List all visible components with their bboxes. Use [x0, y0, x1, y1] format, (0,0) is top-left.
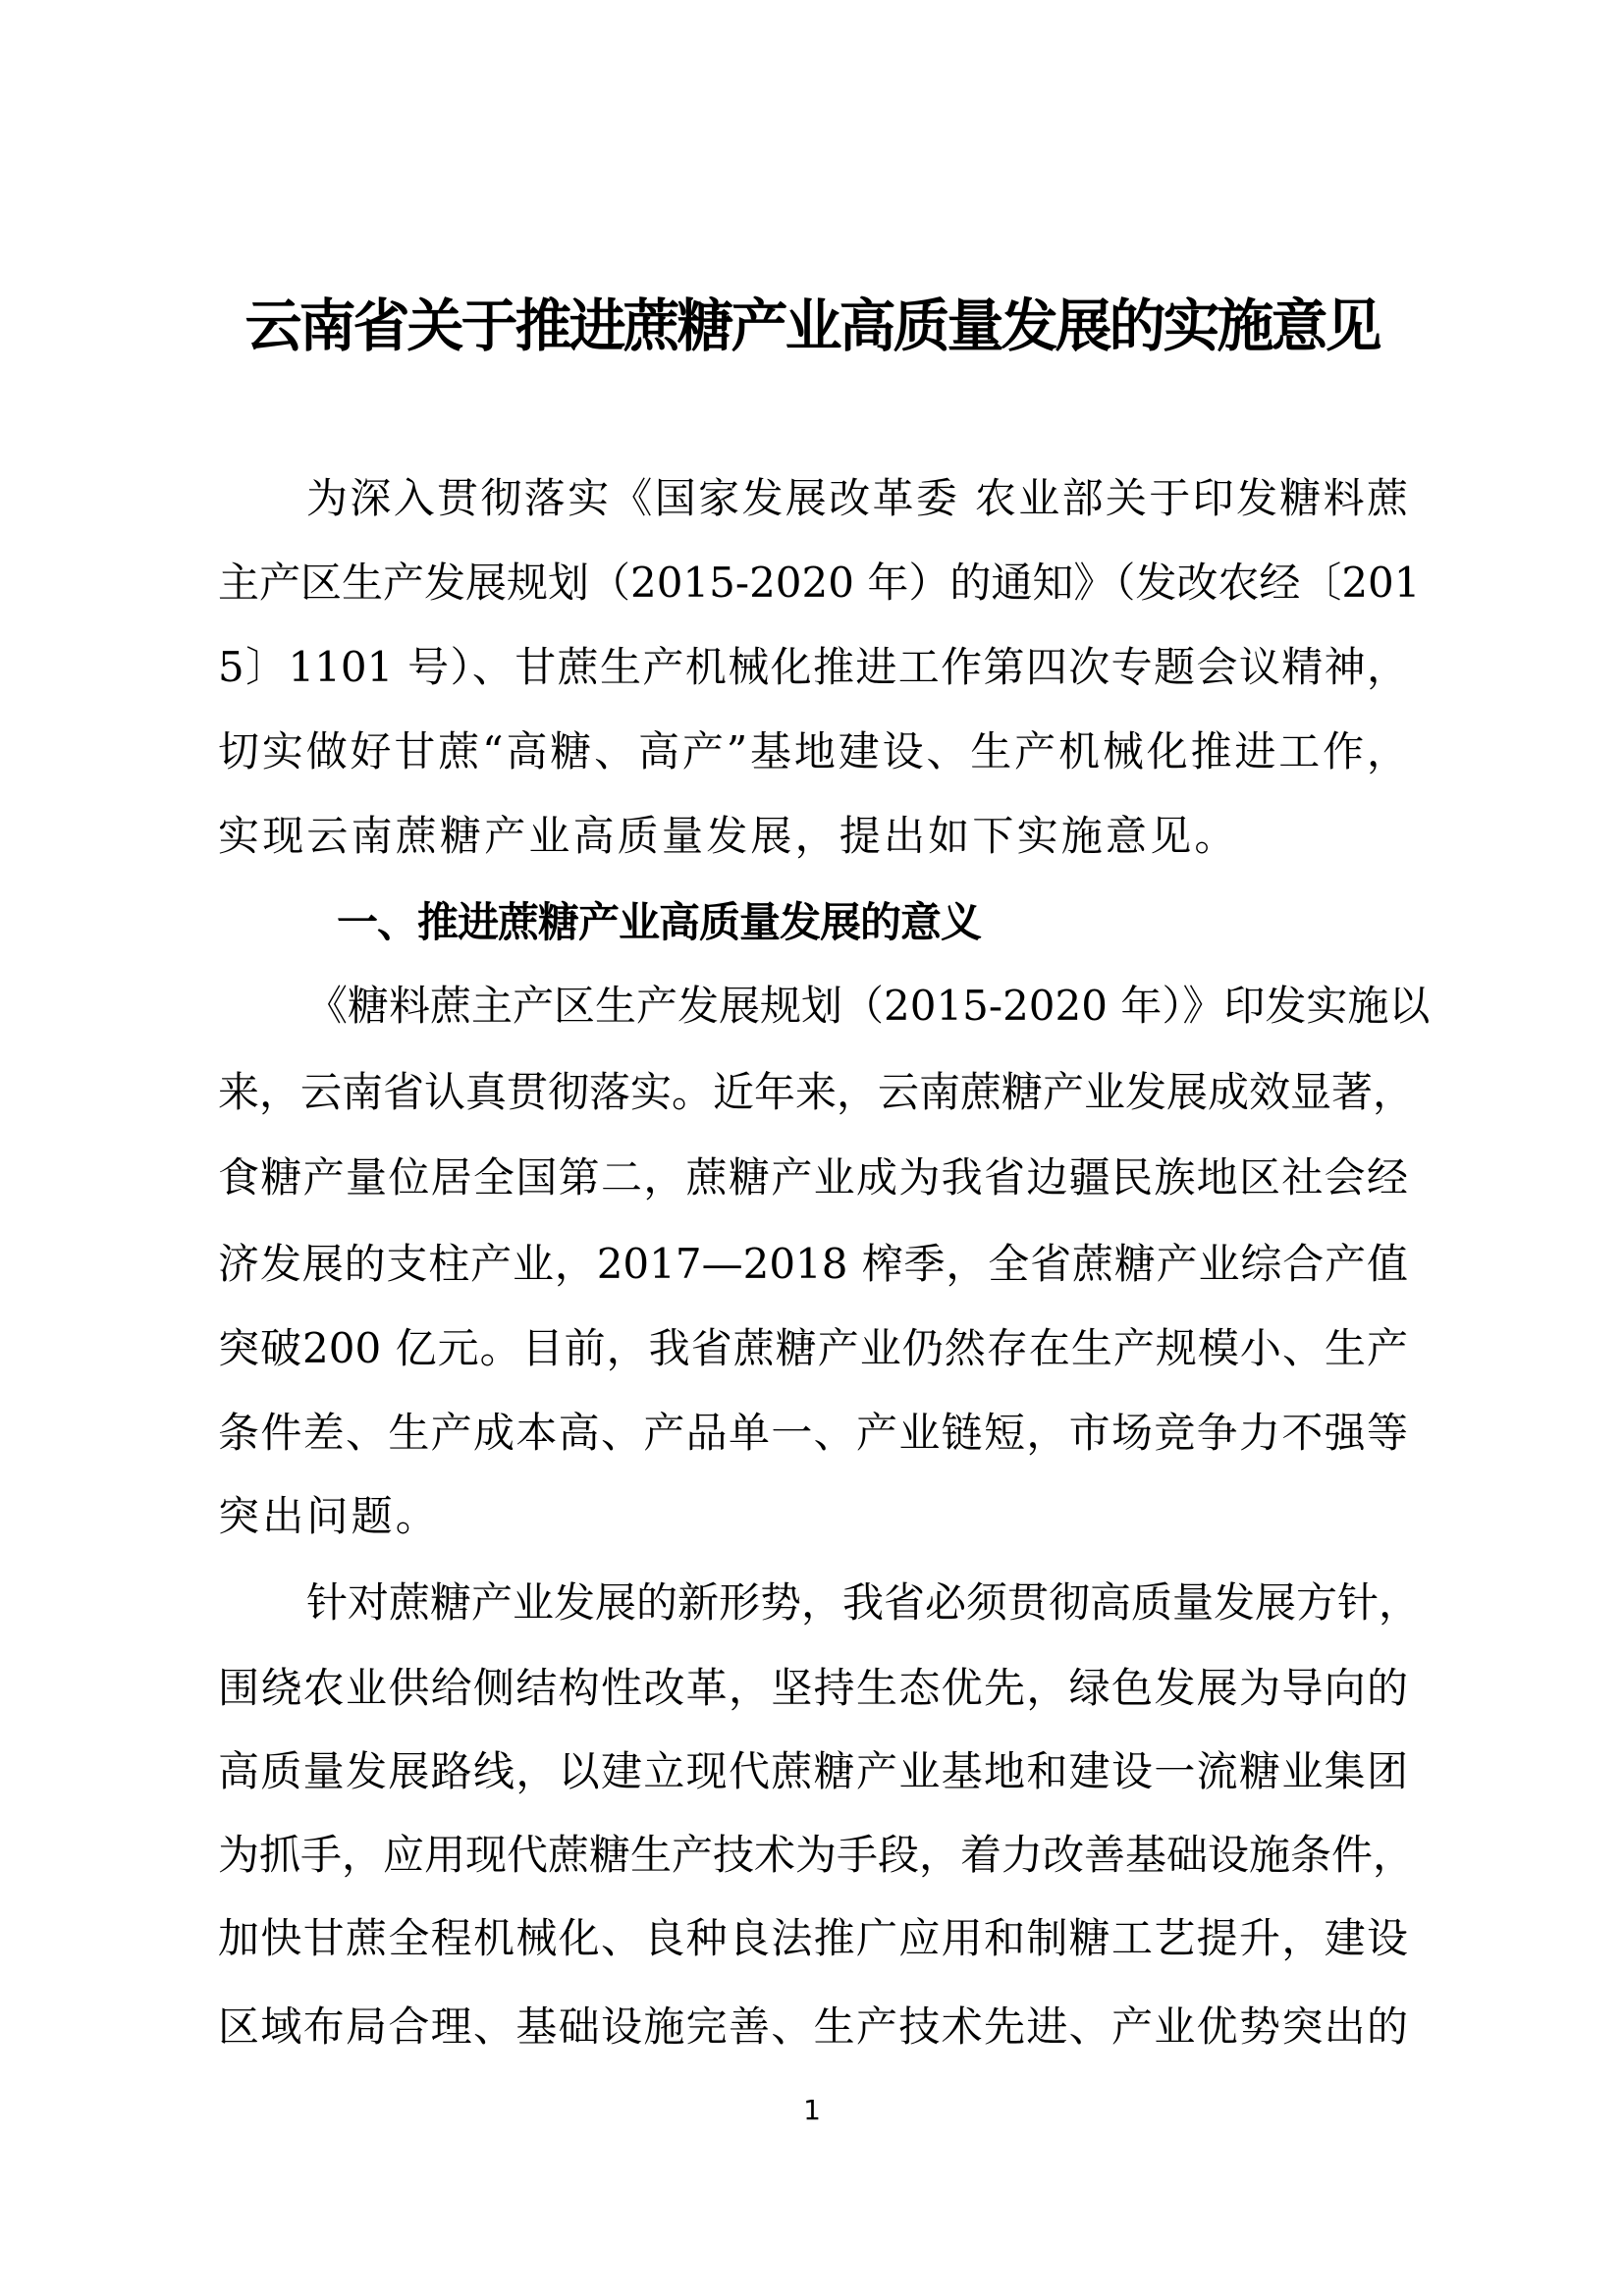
paragraph-2-line-3: 食糖产量位居全国第二，蔗糖产业成为我省边疆民族地区社会经: [218, 1148, 1408, 1207]
paragraph-2-line-6: 条件差、生产成本高、产品单一、产业链短，市场竞争力不强等: [218, 1404, 1408, 1463]
paragraph-3-line-2: 围绕农业供给侧结构性改革，坚持生态优先，绿色发展为导向的: [218, 1659, 1408, 1718]
paragraph-1-line-3: 5〕1101 号）、甘蔗生产机械化推进工作第四次专题会议精神，: [218, 638, 1408, 697]
document-page: 云南省关于推进蔗糖产业高质量发展的实施意见 为深入贯彻落实《国家发展改革委 农业…: [0, 0, 1624, 2296]
paragraph-3-line-1: 针对蔗糖产业发展的新形势，我省必须贯彻高质量发展方针，: [306, 1574, 1408, 1632]
paragraph-3-line-5: 加快甘蔗全程机械化、良种良法推广应用和制糖工艺提升，建设: [218, 1909, 1408, 1968]
paragraph-2-line-1: 《糖料蔗主产区生产发展规划（2015-2020 年）》印发实施以: [306, 977, 1408, 1036]
paragraph-2-line-2: 来，云南省认真贯彻落实。近年来，云南蔗糖产业发展成效显著，: [218, 1063, 1408, 1122]
page-number: 1: [0, 2093, 1624, 2128]
paragraph-1-line-2: 主产区生产发展规划（2015-2020 年）的通知》（发改农经〔201: [218, 554, 1408, 613]
paragraph-3-line-3: 高质量发展路线，以建立现代蔗糖产业基地和建设一流糖业集团: [218, 1742, 1408, 1801]
paragraph-3-line-4: 为抓手，应用现代蔗糖生产技术为手段，着力改善基础设施条件，: [218, 1826, 1408, 1885]
section-heading-1: 一、推进蔗糖产业高质量发展的意义: [337, 893, 981, 952]
paragraph-2-line-5: 突破200 亿元。目前，我省蔗糖产业仍然存在生产规模小、生产: [218, 1319, 1408, 1378]
document-title: 云南省关于推进蔗糖产业高质量发展的实施意见: [0, 287, 1624, 365]
paragraph-1-line-4: 切实做好甘蔗“高糖、高产”基地建设、生产机械化推进工作，: [218, 722, 1408, 781]
paragraph-2-line-4: 济发展的支柱产业，2017—2018 榨季，全省蔗糖产业综合产值: [218, 1235, 1408, 1294]
paragraph-2-line-7: 突出问题。: [218, 1487, 1408, 1546]
paragraph-1-line-5: 实现云南蔗糖产业高质量发展，提出如下实施意见。: [218, 807, 1408, 866]
paragraph-1-line-1: 为深入贯彻落实《国家发展改革委 农业部关于印发糖料蔗: [306, 469, 1408, 528]
paragraph-3-line-6: 区域布局合理、基础设施完善、生产技术先进、产业优势突出的: [218, 1998, 1408, 2056]
